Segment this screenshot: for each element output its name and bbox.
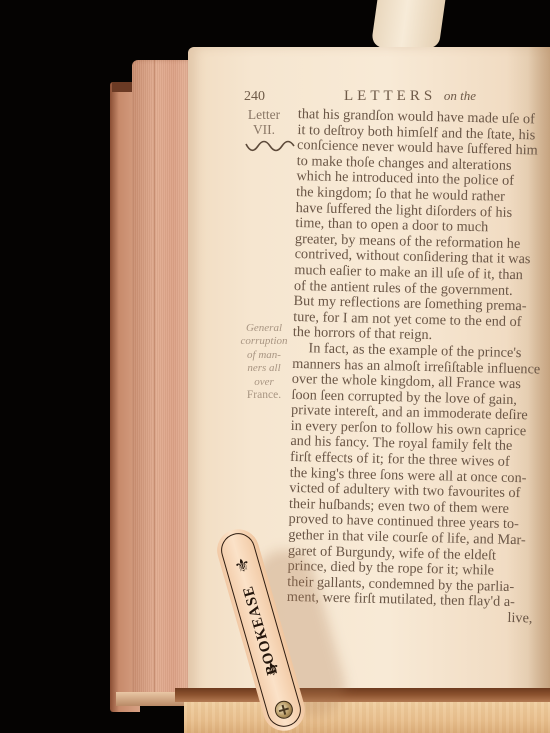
running-head-main: LETTERS — [344, 88, 436, 104]
page-body-text: that his grandſon would have made uſe of… — [286, 107, 550, 627]
page-fore-edge — [132, 60, 192, 696]
cover-corner — [112, 82, 134, 92]
running-head-title: LETTERS on the — [344, 88, 476, 105]
page-number: 240 — [244, 89, 265, 105]
page-clip-top — [371, 0, 446, 48]
tilde-ornament-icon — [244, 140, 296, 152]
running-head: 240 LETTERS on the — [244, 89, 544, 107]
margin-note-line: ners all — [236, 362, 292, 375]
margin-letter-label: Letter — [236, 107, 292, 122]
running-head-tail: on the — [444, 88, 476, 103]
margin-note-line: of man- — [236, 349, 292, 362]
margin-note-line: corruption — [236, 335, 292, 348]
book-photo-scene: 240 LETTERS on the Letter VII. General c… — [0, 0, 550, 733]
margin-letter-number: Letter VII. — [236, 107, 292, 137]
wooden-book-stand — [184, 702, 550, 733]
stand-left-foot — [116, 692, 184, 706]
margin-note-line: France. — [236, 389, 292, 402]
margin-note-line: General — [236, 322, 292, 335]
margin-note-line: over — [236, 376, 292, 389]
margin-note: General corruption of man- ners all over… — [236, 322, 292, 402]
margin-letter-numeral: VII. — [236, 122, 292, 137]
stand-lip — [175, 688, 550, 702]
